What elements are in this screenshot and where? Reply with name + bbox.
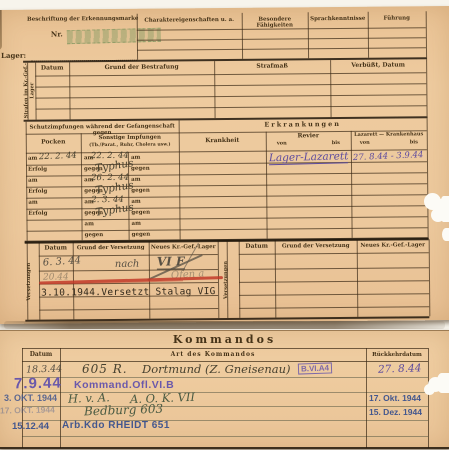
vers-l-neues: Neues Kr.-Gef.-Lager bbox=[149, 244, 218, 251]
hw-transfer-date-1: 6. 3. 44 bbox=[43, 255, 82, 268]
col-charaktereigenschaften: Charaktereigenschaften u. a. bbox=[138, 17, 241, 24]
versetzungen-side-label-left: Versetzungen bbox=[27, 254, 39, 310]
vers-r-datum: Datum bbox=[239, 244, 275, 251]
pocken-erfolg-1: Erfolg bbox=[28, 167, 50, 173]
torn-edge-shadow bbox=[0, 10, 2, 50]
sonstige2-am-4: am bbox=[131, 221, 143, 227]
card-gap-shadow bbox=[4, 321, 445, 329]
strafen-col-grund: Grund der Bestrafung bbox=[69, 64, 214, 72]
strafen-col-strafmass: Strafmaß bbox=[214, 63, 330, 71]
typed-transfer-entry: 3.10.1944.Versetzt Stalag VIG bbox=[41, 286, 216, 299]
kdo-col-art: Art des Kommandos bbox=[60, 352, 366, 359]
pocken-am-2: am bbox=[28, 178, 40, 184]
col-besondere-faehigkeiten: Besondere Fähigkeiten bbox=[243, 16, 307, 29]
sonstige1-am-4: am bbox=[84, 221, 96, 227]
kdo-row5-date-stamp: 15.12.44 bbox=[12, 421, 49, 432]
col-lazarett: Lazarett — Krankenhaus bbox=[351, 132, 427, 138]
strafen-col-verbuesst: Verbüßt, Datum bbox=[330, 62, 426, 69]
pocken-am-3: am bbox=[28, 200, 40, 206]
torn-notch-bottom-card-b bbox=[437, 373, 449, 393]
kommandos-title: Kommandos bbox=[98, 334, 351, 346]
kdo-row1-camp-stamp: B.VI.A4 bbox=[298, 362, 332, 374]
kommandos-card: Kommandos Datum Art des Kommandos Rückke… bbox=[0, 330, 449, 449]
vers-r-grund: Grund der Versetzung bbox=[275, 243, 357, 250]
hw-pocken-date: 22. 2. 44 bbox=[39, 151, 77, 163]
vers-r-neues: Neues Kr.-Gef.-Lager bbox=[357, 242, 429, 249]
lager-label: Lager: bbox=[1, 52, 33, 60]
kdo-row2-date-stamp: 7.9.44 bbox=[14, 375, 62, 393]
kdo-row1-unit: 605 R. bbox=[82, 362, 128, 376]
torn-notch-bottom-card-c bbox=[424, 384, 435, 395]
hw-lazarett-facility: Lager-Lazarett bbox=[269, 150, 349, 165]
id-tag-title: Beschriftung der Erkennungsmarke bbox=[27, 16, 139, 23]
pocken-erfolg-2: Erfolg bbox=[28, 189, 50, 195]
versetzungen-side-label-right: Versetzungen bbox=[224, 252, 236, 308]
lazarett-von: von bbox=[355, 141, 375, 147]
kdo-row2-art-stamp: Kommand.Ofl.VI.B bbox=[74, 379, 174, 391]
col-pocken: Pocken bbox=[26, 139, 81, 146]
col-sonstige-sub: (Tb./Parat., Ruhr, Cholera usw.) bbox=[82, 142, 178, 148]
torn-notch-right-2 bbox=[442, 228, 449, 241]
personal-card-top: Beschriftung der Erkennungsmarke Nr. Lag… bbox=[0, 6, 449, 324]
sonstige2-gegen-4: gegen bbox=[132, 232, 152, 238]
strafen-col-datum: Datum bbox=[35, 65, 69, 72]
kdo-row1-place: Dortmund (Z. Gneisenau) bbox=[142, 362, 291, 376]
pocken-erfolg-3: Erfolg bbox=[28, 211, 50, 217]
kdo-row5-art-stamp: Arb.Kdo RHEIDT 651 bbox=[62, 420, 170, 431]
kdo-row3-return-stamp: 17. Okt. 1944 bbox=[369, 393, 421, 403]
torn-notch-right-1d bbox=[440, 196, 449, 222]
revier-von: von bbox=[272, 141, 292, 147]
kdo-row1-return: 27. 8.44 bbox=[378, 362, 422, 376]
col-fuehrung: Führung bbox=[369, 15, 425, 22]
sonstige1-gegen-4: gegen bbox=[85, 232, 105, 238]
revier-bis: bis bbox=[326, 141, 346, 147]
kdo-row4-art-hw: Bedburg 603 bbox=[84, 402, 164, 419]
scanned-pow-record-card: Beschriftung der Erkennungsmarke Nr. Lag… bbox=[0, 0, 449, 450]
kdo-row3-date-stamp: 3. OKT. 1944 bbox=[4, 393, 57, 403]
kdo-col-datum: Datum bbox=[22, 352, 60, 359]
col-krankheit: Krankheit bbox=[179, 138, 266, 145]
kdo-row4-date-stamp: 17. OKT. 1944 bbox=[0, 405, 55, 416]
erkrankungen-title: Erkrankungen bbox=[179, 120, 427, 129]
nr-label: Nr. bbox=[49, 30, 65, 38]
col-sonstige-impfungen: Sonstige Impfungen bbox=[82, 134, 178, 141]
col-sprachkenntnisse: Sprachkenntnisse bbox=[309, 16, 367, 23]
kdo-col-rueckkehr: Rückkehrdatum bbox=[366, 352, 428, 358]
lazarett-bis: bis bbox=[404, 140, 424, 146]
hw-transfer-nach: nach bbox=[115, 259, 140, 270]
kdo-row4-return-stamp: 15. Dez. 1944 bbox=[369, 407, 422, 417]
vers-l-datum: Datum bbox=[39, 245, 73, 252]
vers-l-grund: Grund der Versetzung bbox=[73, 245, 149, 252]
